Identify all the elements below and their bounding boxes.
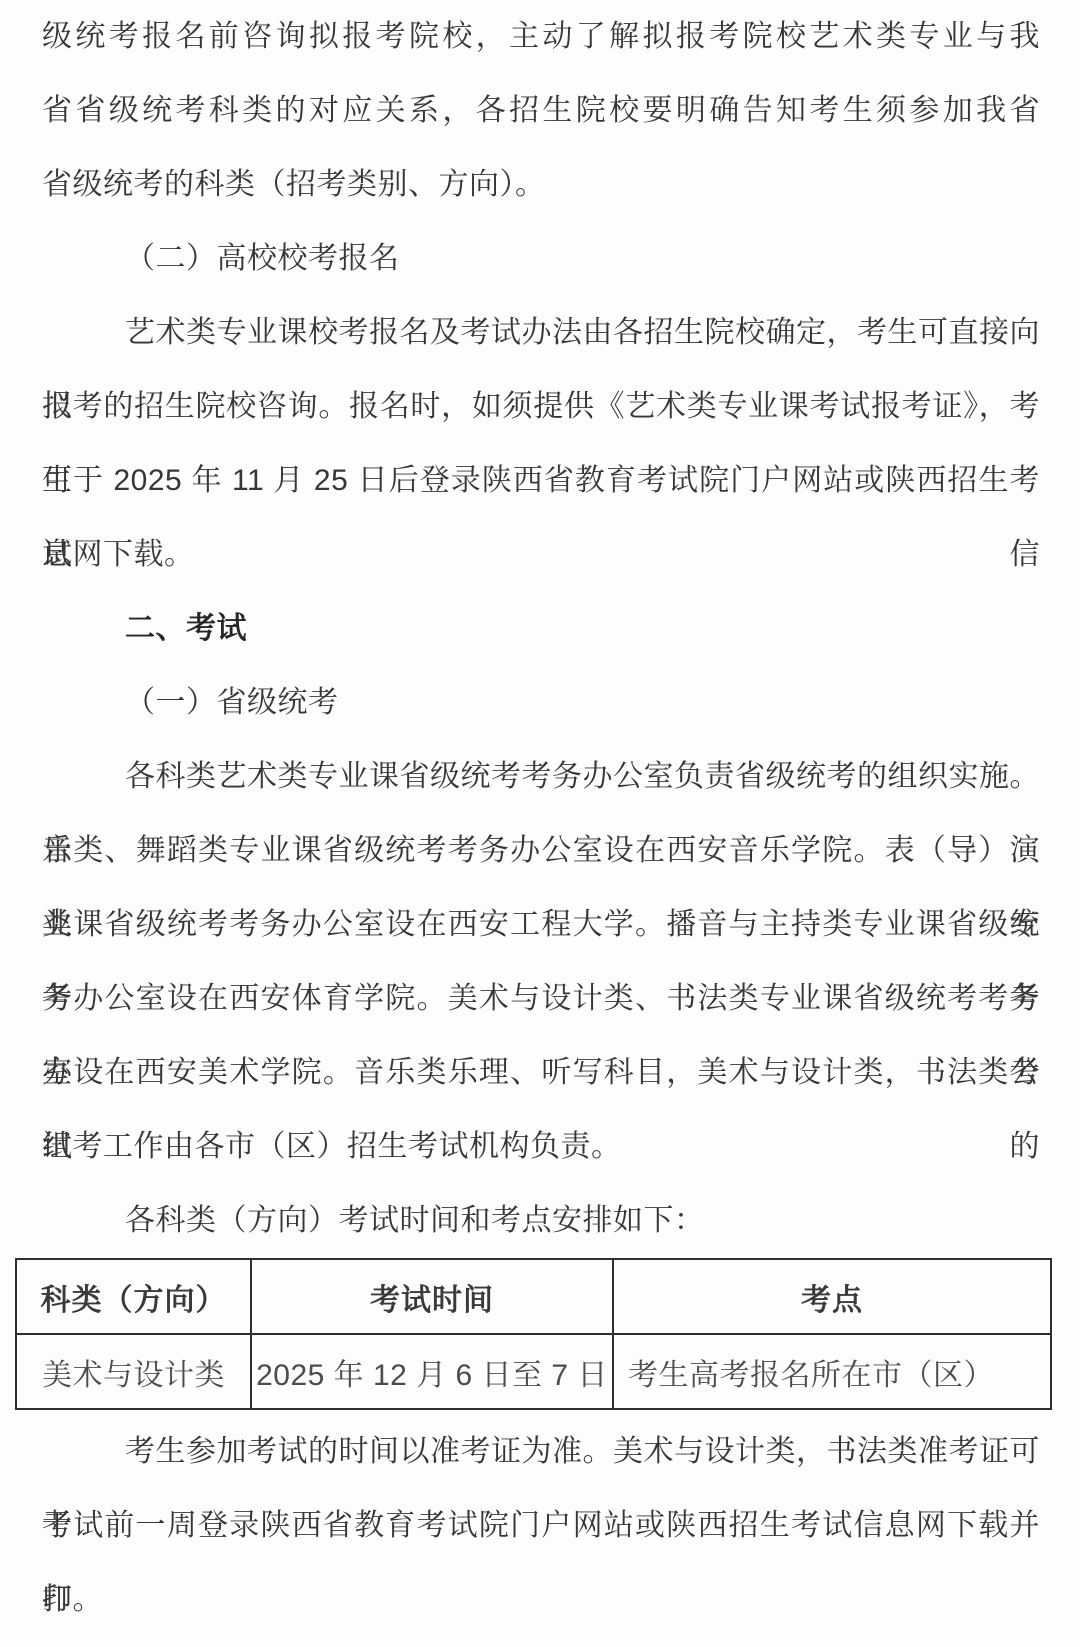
cell-category: 美术与设计类: [16, 1334, 251, 1409]
header-category: 科类（方向）: [16, 1259, 251, 1334]
exam-table-data-row: 美术与设计类 2025 年 12 月 6 日至 7 日 考生高考报名所在市（区）: [16, 1334, 1051, 1409]
paragraph-line: 业课省级统考考务办公室设在西安工程大学。播音与主持类专业课省级统考考: [42, 888, 1040, 962]
paragraph-line: 报考的招生院校咨询。报名时，如须提供《艺术类专业课考试报考证》，考生: [42, 370, 1040, 444]
document-page: 级统考报名前咨询拟报考院校，主动了解拟报考院校艺术类专业与我 省省级统考科类的对…: [0, 0, 1080, 1647]
subsection-heading-shengji: （一）省级统考: [42, 666, 1040, 740]
paragraph-line: 务办公室设在西安体育学院。美术与设计类、书法类专业课省级统考考务办公: [42, 962, 1040, 1036]
subsection-heading-xiaokao: （二）高校校考报名: [42, 222, 1040, 296]
paragraph-line: 各科类艺术类专业课省级统考考务办公室负责省级统考的组织实施。音: [42, 740, 1040, 814]
paragraph-line: 级统考报名前咨询拟报考院校，主动了解拟报考院校艺术类专业与我: [42, 0, 1040, 74]
header-exam-site: 考点: [613, 1259, 1051, 1334]
paragraph-line: 省级统考的科类（招考类别、方向）。: [42, 148, 1040, 222]
paragraph-line: 室设在西安美术学院。音乐类乐理、听写科目，美术与设计类，书法类考试的: [42, 1036, 1040, 1110]
paragraph-line: 考试前一周登录陕西省教育考试院门户网站或陕西招生考试信息网下载并打: [42, 1489, 1040, 1563]
section-heading-exam: 二、考试: [42, 592, 1040, 666]
paragraph-line: 乐类、舞蹈类专业课省级统考考务办公室设在西安音乐学院。表（导）演类专: [42, 814, 1040, 888]
cell-exam-site: 考生高考报名所在市（区）: [613, 1334, 1051, 1409]
header-exam-time: 考试时间: [251, 1259, 613, 1334]
table-intro-line: 各科类（方向）考试时间和考点安排如下：: [42, 1184, 1040, 1258]
paragraph-line: 可于 2025 年 11 月 25 日后登录陕西省教育考试院门户网站或陕西招生考…: [42, 444, 1040, 518]
paragraph-line: 省省级统考科类的对应关系，各招生院校要明确告知考生须参加我省: [42, 74, 1040, 148]
paragraph-line: 艺术类专业课校考报名及考试办法由各招生院校确定，考生可直接向拟: [42, 296, 1040, 370]
cell-exam-time: 2025 年 12 月 6 日至 7 日: [251, 1334, 613, 1409]
exam-schedule-table: 科类（方向） 考试时间 考点 美术与设计类 2025 年 12 月 6 日至 7…: [15, 1258, 1052, 1410]
exam-table-header-row: 科类（方向） 考试时间 考点: [16, 1259, 1051, 1334]
paragraph-line: 考生参加考试的时间以准考证为准。美术与设计类，书法类准考证可于: [42, 1415, 1040, 1489]
paragraph-line: 印。: [42, 1563, 1040, 1637]
